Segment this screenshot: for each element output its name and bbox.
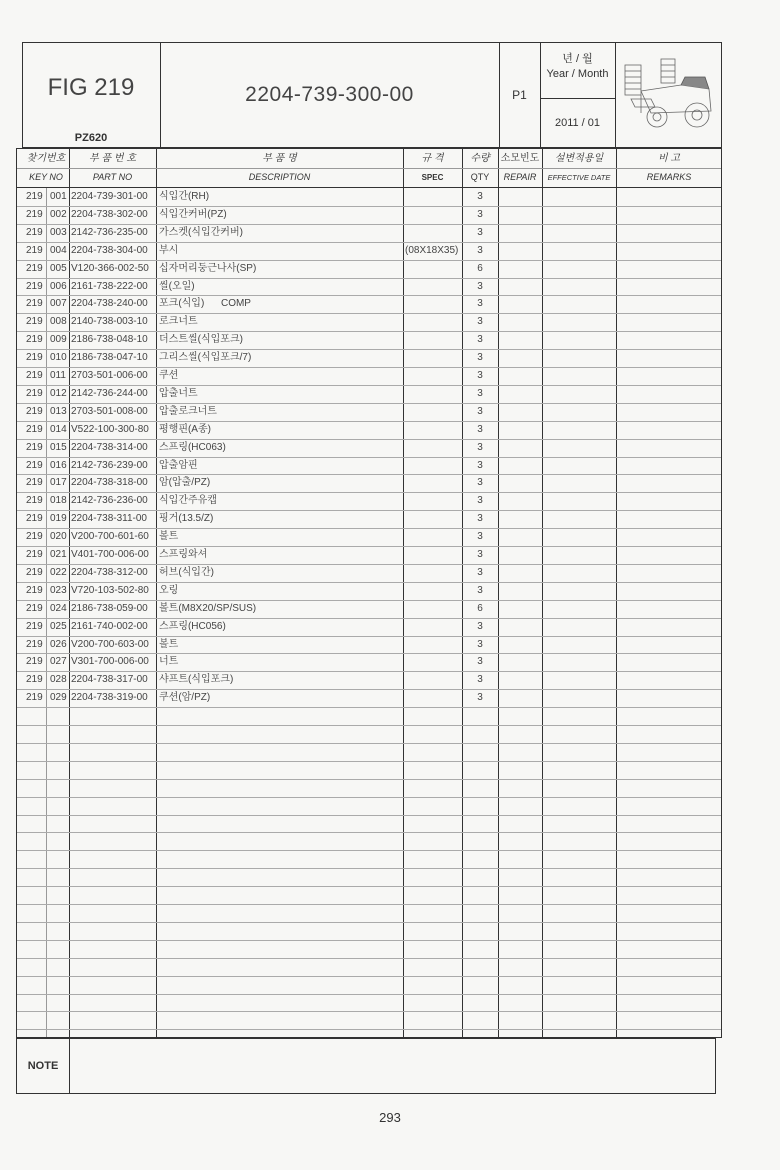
fig-cell: 219 xyxy=(26,564,46,582)
spec-cell xyxy=(405,653,463,671)
qty-cell: 3 xyxy=(462,582,498,600)
column-divider xyxy=(46,187,47,1037)
fig-cell: 219 xyxy=(26,260,46,278)
year-month-label-ko: 년 / 월 xyxy=(540,42,615,67)
description-cell: 십자머리둥근나사(SP) xyxy=(159,260,399,278)
key-cell: 003 xyxy=(50,224,70,242)
fig-cell: 219 xyxy=(26,439,46,457)
note-label: NOTE xyxy=(17,1039,70,1093)
qty-cell: 3 xyxy=(462,457,498,475)
key-cell: 019 xyxy=(50,510,70,528)
part-no-cell: 2204-738-318-00 xyxy=(71,474,157,492)
figure-number: FIG 219 xyxy=(22,74,160,102)
figure-cell: FIG 219 PZ620 xyxy=(22,42,160,148)
description-cell: 허브(식입간) xyxy=(159,564,399,582)
fig-cell: 219 xyxy=(26,618,46,636)
fig-cell: 219 xyxy=(26,403,46,421)
spec-cell xyxy=(405,278,463,296)
fig-cell: 219 xyxy=(26,474,46,492)
part-no-cell: 2186-738-059-00 xyxy=(71,600,157,618)
spec-cell xyxy=(405,206,463,224)
qty-cell: 3 xyxy=(462,653,498,671)
spec-cell xyxy=(405,295,463,313)
spec-cell xyxy=(405,421,463,439)
fig-cell: 219 xyxy=(26,295,46,313)
key-cell: 023 xyxy=(50,582,70,600)
qty-cell: 6 xyxy=(462,260,498,278)
key-cell: 029 xyxy=(50,689,70,707)
fig-cell: 219 xyxy=(26,689,46,707)
fig-cell: 219 xyxy=(26,313,46,331)
part-no-cell: 2703-501-008-00 xyxy=(71,403,157,421)
spec-cell xyxy=(405,546,463,564)
rice-transplanter-icon xyxy=(621,55,717,135)
assembly-part-number: 2204-739-300-00 xyxy=(160,42,499,148)
key-cell: 021 xyxy=(50,546,70,564)
part-no-cell: V200-700-601-60 xyxy=(71,528,157,546)
qty-cell: 3 xyxy=(462,367,498,385)
fig-cell: 219 xyxy=(26,600,46,618)
part-no-cell: 2186-738-048-10 xyxy=(71,331,157,349)
part-no-cell: V720-103-502-80 xyxy=(71,582,157,600)
fig-cell: 219 xyxy=(26,385,46,403)
key-cell: 020 xyxy=(50,528,70,546)
description-cell: 샤프트(식입포크) xyxy=(159,671,399,689)
key-cell: 024 xyxy=(50,600,70,618)
part-no-cell: 2204-738-240-00 xyxy=(71,295,157,313)
description-cell: 식입간주유캡 xyxy=(159,492,399,510)
part-no-cell: V401-700-006-00 xyxy=(71,546,157,564)
part-no-cell: 2204-738-312-00 xyxy=(71,564,157,582)
spec-cell xyxy=(405,367,463,385)
year-month-cell: 년 / 월 Year / Month 2011 / 01 xyxy=(540,42,615,148)
fig-cell: 219 xyxy=(26,206,46,224)
year-month-label-en: Year / Month xyxy=(540,67,615,82)
qty-cell: 6 xyxy=(462,600,498,618)
spec-cell xyxy=(405,671,463,689)
fig-cell: 219 xyxy=(26,653,46,671)
part-no-cell: 2204-738-314-00 xyxy=(71,439,157,457)
part-no-cell: 2142-736-239-00 xyxy=(71,457,157,475)
qty-cell: 3 xyxy=(462,242,498,260)
qty-cell: 3 xyxy=(462,331,498,349)
qty-cell: 3 xyxy=(462,403,498,421)
qty-cell: 3 xyxy=(462,439,498,457)
fig-cell: 219 xyxy=(26,492,46,510)
fig-cell: 219 xyxy=(26,457,46,475)
spec-cell xyxy=(405,403,463,421)
description-cell: 볼트 xyxy=(159,636,399,654)
part-no-cell: 2140-738-003-10 xyxy=(71,313,157,331)
qty-cell: 3 xyxy=(462,636,498,654)
qty-cell: 3 xyxy=(462,528,498,546)
description-cell: 그리스씰(식입포크/7) xyxy=(159,349,399,367)
qty-cell: 3 xyxy=(462,421,498,439)
key-cell: 012 xyxy=(50,385,70,403)
key-cell: 014 xyxy=(50,421,70,439)
fig-cell: 219 xyxy=(26,510,46,528)
key-cell: 008 xyxy=(50,313,70,331)
description-cell: 볼트 xyxy=(159,528,399,546)
description-cell: 가스켓(식입간커버) xyxy=(159,224,399,242)
fig-cell: 219 xyxy=(26,421,46,439)
fig-cell: 219 xyxy=(26,671,46,689)
spec-cell xyxy=(405,224,463,242)
key-cell: 002 xyxy=(50,206,70,224)
fig-cell: 219 xyxy=(26,278,46,296)
part-no-cell: V301-700-006-00 xyxy=(71,653,157,671)
qty-cell: 3 xyxy=(462,564,498,582)
description-cell: 평행핀(A종) xyxy=(159,421,399,439)
description-cell: 오링 xyxy=(159,582,399,600)
spec-cell xyxy=(405,439,463,457)
description-cell: 쿠션(암/PZ) xyxy=(159,689,399,707)
part-no-cell: 2142-736-244-00 xyxy=(71,385,157,403)
description-cell: 부시 xyxy=(159,242,399,260)
qty-cell: 3 xyxy=(462,349,498,367)
description-cell: 식입간커버(PZ) xyxy=(159,206,399,224)
spec-cell xyxy=(405,457,463,475)
qty-cell: 3 xyxy=(462,689,498,707)
model-name: PZ620 xyxy=(22,132,160,144)
fig-cell: 219 xyxy=(26,546,46,564)
description-cell: 볼트(M8X20/SP/SUS) xyxy=(159,600,399,618)
fig-cell: 219 xyxy=(26,349,46,367)
spec-cell xyxy=(405,385,463,403)
spec-cell xyxy=(405,618,463,636)
fig-cell: 219 xyxy=(26,367,46,385)
qty-cell: 3 xyxy=(462,671,498,689)
spec-cell xyxy=(405,349,463,367)
qty-cell: 3 xyxy=(462,295,498,313)
description-cell: 스프링와셔 xyxy=(159,546,399,564)
spec-cell xyxy=(405,474,463,492)
description-cell: 스프링(HC056) xyxy=(159,618,399,636)
part-no-cell: V522-100-300-80 xyxy=(71,421,157,439)
part-no-cell: 2142-736-236-00 xyxy=(71,492,157,510)
qty-cell: 3 xyxy=(462,206,498,224)
qty-cell: 3 xyxy=(462,224,498,242)
fig-cell: 219 xyxy=(26,528,46,546)
key-cell: 006 xyxy=(50,278,70,296)
spec-cell xyxy=(405,260,463,278)
key-cell: 016 xyxy=(50,457,70,475)
spec-cell xyxy=(405,564,463,582)
qty-cell: 3 xyxy=(462,546,498,564)
fig-cell: 219 xyxy=(26,242,46,260)
key-cell: 010 xyxy=(50,349,70,367)
spec-cell xyxy=(405,582,463,600)
spec-cell xyxy=(405,188,463,206)
fig-cell: 219 xyxy=(26,636,46,654)
key-cell: 018 xyxy=(50,492,70,510)
machine-illustration xyxy=(615,42,722,148)
key-cell: 026 xyxy=(50,636,70,654)
description-cell: 압출로크너트 xyxy=(159,403,399,421)
qty-cell: 3 xyxy=(462,474,498,492)
key-cell: 005 xyxy=(50,260,70,278)
description-cell: 식입간(RH) xyxy=(159,188,399,206)
key-cell: 009 xyxy=(50,331,70,349)
key-cell: 004 xyxy=(50,242,70,260)
fig-cell: 219 xyxy=(26,224,46,242)
spec-cell xyxy=(405,331,463,349)
description-cell: 압출암핀 xyxy=(159,457,399,475)
part-no-cell: 2204-738-304-00 xyxy=(71,242,157,260)
description-cell: 쿠션 xyxy=(159,367,399,385)
spec-cell xyxy=(405,510,463,528)
qty-cell: 3 xyxy=(462,278,498,296)
part-no-cell: 2142-736-235-00 xyxy=(71,224,157,242)
description-cell: 너트 xyxy=(159,653,399,671)
page-number: 293 xyxy=(0,1110,780,1125)
description-cell: 압출너트 xyxy=(159,385,399,403)
spec-cell xyxy=(405,528,463,546)
qty-cell: 3 xyxy=(462,313,498,331)
qty-cell: 3 xyxy=(462,492,498,510)
spec-cell xyxy=(405,636,463,654)
key-cell: 025 xyxy=(50,618,70,636)
part-no-cell: 2186-738-047-10 xyxy=(71,349,157,367)
fig-cell: 219 xyxy=(26,582,46,600)
fig-cell: 219 xyxy=(26,188,46,206)
fig-cell: 219 xyxy=(26,331,46,349)
part-no-cell: V200-700-603-00 xyxy=(71,636,157,654)
year-month-value: 2011 / 01 xyxy=(540,98,615,148)
key-cell: 001 xyxy=(50,188,70,206)
part-no-cell: 2204-739-301-00 xyxy=(71,188,157,206)
part-no-cell: 2703-501-006-00 xyxy=(71,367,157,385)
part-no-cell: 2204-738-317-00 xyxy=(71,671,157,689)
spec-cell xyxy=(405,600,463,618)
spec-cell xyxy=(405,689,463,707)
part-no-cell: 2161-738-222-00 xyxy=(71,278,157,296)
key-cell: 015 xyxy=(50,439,70,457)
note-box: NOTE xyxy=(16,1038,716,1094)
key-cell: 013 xyxy=(50,403,70,421)
key-cell: 007 xyxy=(50,295,70,313)
description-cell: 씰(오일) xyxy=(159,278,399,296)
description-cell: 암(압출/PZ) xyxy=(159,474,399,492)
description-cell: 스프링(HC063) xyxy=(159,439,399,457)
description-cell: 포크(식입) COMP xyxy=(159,295,399,313)
part-no-cell: 2161-740-002-00 xyxy=(71,618,157,636)
qty-cell: 3 xyxy=(462,188,498,206)
part-no-cell: 2204-738-302-00 xyxy=(71,206,157,224)
description-cell: 로크너트 xyxy=(159,313,399,331)
spec-cell: (08X18X35) xyxy=(405,242,463,260)
description-cell: 더스트씰(식입포크) xyxy=(159,331,399,349)
spec-cell xyxy=(405,492,463,510)
key-cell: 011 xyxy=(50,367,70,385)
part-no-cell: 2204-738-311-00 xyxy=(71,510,157,528)
spec-cell xyxy=(405,313,463,331)
key-cell: 027 xyxy=(50,653,70,671)
key-cell: 017 xyxy=(50,474,70,492)
description-cell: 핑거(13.5/Z) xyxy=(159,510,399,528)
part-no-cell: 2204-738-319-00 xyxy=(71,689,157,707)
qty-cell: 3 xyxy=(462,618,498,636)
key-cell: 028 xyxy=(50,671,70,689)
part-no-cell: V120-366-002-50 xyxy=(71,260,157,278)
qty-cell: 3 xyxy=(462,385,498,403)
page-label: P1 xyxy=(499,42,540,148)
qty-cell: 3 xyxy=(462,510,498,528)
parts-table: 찾기번호KEY NO 부 품 번 호PART NO 부 품 명DESCRIPTI… xyxy=(16,148,722,1038)
key-cell: 022 xyxy=(50,564,70,582)
